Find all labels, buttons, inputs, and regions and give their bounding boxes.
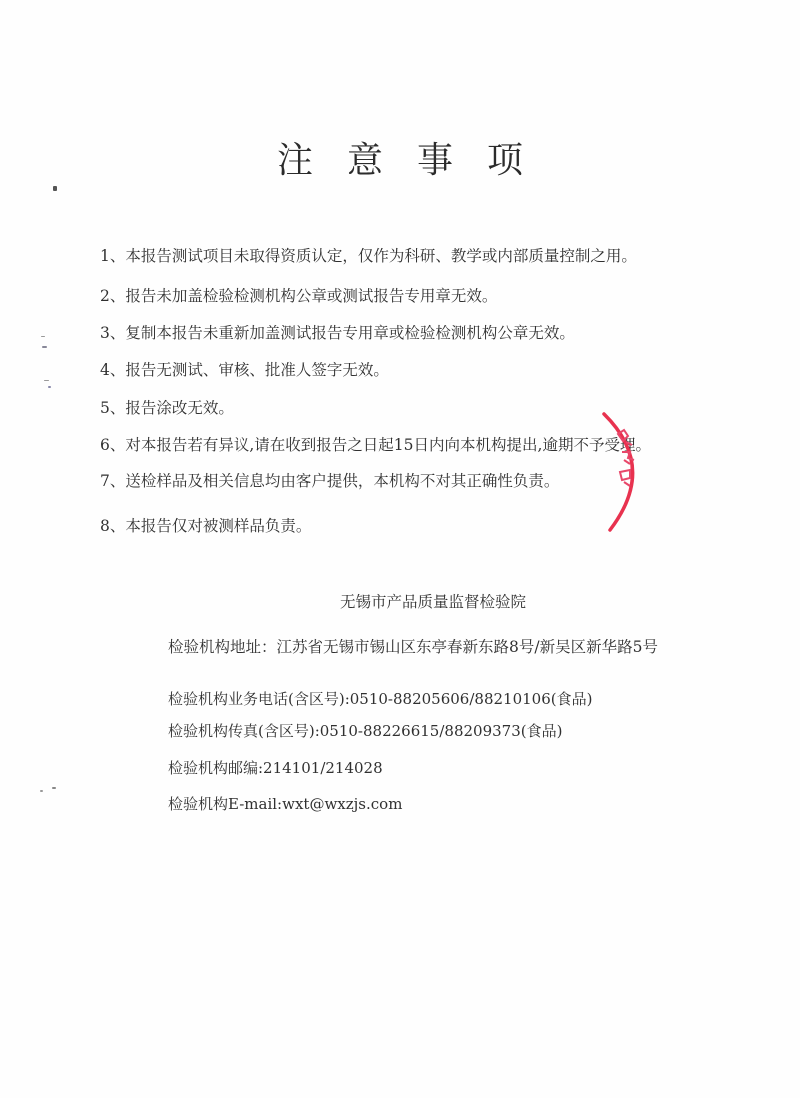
organization-name: 无锡市产品质量监督检验院 (340, 590, 526, 612)
page-title: 注意事项 (0, 132, 800, 183)
organization-address: 检验机构地址：江苏省无锡市锡山区东亭春新东路8号/新吴区新华路5号 (168, 635, 658, 657)
title-char: 事 (417, 132, 453, 183)
notice-item-6: 6、对本报告若有异议,请在收到报告之日起15日内向本机构提出,逾期不予受理。 (100, 433, 651, 455)
organization-fax: 检验机构传真(含区号):0510-88226615/88209373(食品) (168, 720, 562, 741)
title-char: 注 (277, 132, 313, 183)
notice-item-5: 5、报告涂改无效。 (100, 396, 234, 418)
scan-artifact (40, 790, 43, 792)
scan-artifact (52, 787, 56, 789)
notice-item-7: 7、送检样品及相关信息均由客户提供，本机构不对其正确性负责。 (100, 469, 559, 491)
scan-artifact (42, 346, 47, 348)
notice-item-1: 1、本报告测试项目未取得资质认定，仅作为科研、教学或内部质量控制之用。 (100, 244, 637, 266)
organization-email: 检验机构E-mail:wxt@wxzjs.com (168, 793, 402, 814)
title-char: 项 (487, 132, 523, 183)
notice-item-8: 8、本报告仅对被测样品负责。 (100, 514, 311, 536)
organization-postcode: 检验机构邮编:214101/214028 (168, 757, 383, 778)
organization-phone: 检验机构业务电话(含区号):0510-88205606/88210106(食品) (168, 688, 592, 709)
notice-item-3: 3、复制本报告未重新加盖测试报告专用章或检验检测机构公章无效。 (100, 321, 575, 343)
notice-item-2: 2、报告未加盖检验检测机构公章或测试报告专用章无效。 (100, 284, 497, 306)
official-seal-stamp-icon (596, 412, 656, 532)
scan-artifact (44, 380, 49, 381)
notice-item-4: 4、报告无测试、审核、批准人签字无效。 (100, 358, 389, 380)
scan-artifact (41, 336, 45, 337)
title-char: 意 (347, 132, 383, 183)
scan-artifact (53, 186, 57, 191)
document-page: 注意事项 1、本报告测试项目未取得资质认定，仅作为科研、教学或内部质量控制之用。… (0, 0, 800, 1098)
scan-artifact (48, 386, 51, 388)
